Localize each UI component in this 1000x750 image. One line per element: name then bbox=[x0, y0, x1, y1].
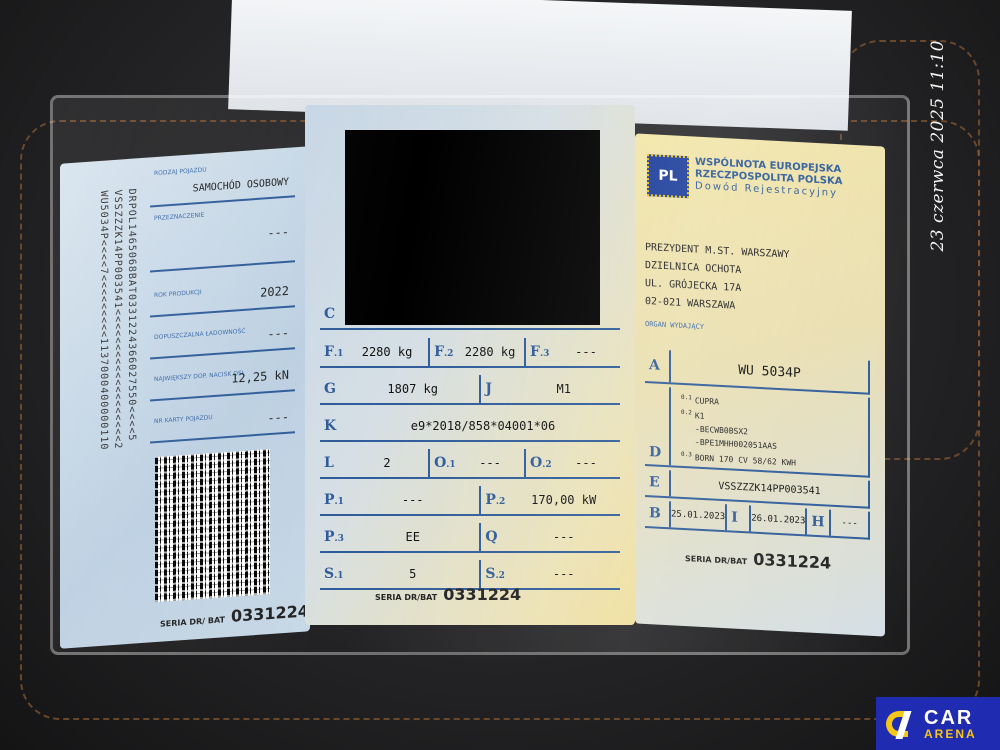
qr-code bbox=[155, 449, 270, 602]
mrz-zone: DRPOL1465068BAT0331224366027550<<<<5 VSS… bbox=[78, 188, 138, 592]
field-row: Ke9*2018/858*04001*06 bbox=[320, 412, 620, 442]
photo-timestamp: 23 czerwca 2025 11:10 bbox=[928, 40, 948, 251]
field-code: P.2 bbox=[481, 492, 507, 508]
field-value: M1 bbox=[507, 382, 620, 396]
serial-number: SERIA DR/BAT0331224 bbox=[375, 585, 521, 604]
middle-page: C F.12280 kgF.22280 kgF.3---G1807 kgJM1K… bbox=[305, 105, 635, 625]
field-code: P.3 bbox=[320, 529, 346, 545]
field-code: J bbox=[481, 381, 507, 397]
field-value: 170,00 kW bbox=[507, 493, 620, 507]
car-arena-logo-icon bbox=[886, 709, 916, 739]
field-cell: F.3--- bbox=[524, 338, 620, 366]
left-page: DRPOL1465068BAT0331224366027550<<<<5 VSS… bbox=[60, 146, 310, 648]
field-row: P.1---P.2170,00 kW bbox=[320, 486, 620, 516]
field-cell: S.2--- bbox=[479, 560, 620, 588]
field-value: --- bbox=[507, 567, 620, 581]
field-value: 5 bbox=[346, 567, 479, 581]
field-row: F.12280 kgF.22280 kgF.3--- bbox=[320, 338, 620, 368]
field-cell: P.2170,00 kW bbox=[479, 486, 620, 514]
field-cell: O.1--- bbox=[428, 449, 524, 477]
field-code: O.1 bbox=[430, 455, 456, 471]
field-code: S.2 bbox=[481, 566, 507, 582]
field-cell: Q--- bbox=[479, 523, 620, 551]
field-cell: P.3EE bbox=[320, 523, 479, 551]
field-value: --- bbox=[456, 456, 524, 470]
document-header: WSPÓLNOTA EUROPEJSKA RZECZPOSPOLITA POLS… bbox=[695, 157, 843, 201]
field-code: F.3 bbox=[526, 344, 552, 360]
field-code: G bbox=[320, 381, 346, 397]
field-vehicle-type: RODZAJ POJAZDU SAMOCHÓD OSOBOWY bbox=[150, 157, 295, 207]
field-code: F.2 bbox=[430, 344, 456, 360]
car-arena-logo: CAR ARENA bbox=[876, 697, 1000, 750]
field-cell: Ke9*2018/858*04001*06 bbox=[320, 412, 620, 440]
serial-number: SERIA DR/BAT0331224 bbox=[685, 546, 831, 573]
field-value: 2280 kg bbox=[346, 345, 428, 359]
mrz-line: WU5034P<<<<7<<<<<<<<<1137000400000110 bbox=[96, 190, 110, 591]
right-page: PL WSPÓLNOTA EUROPEJSKA RZECZPOSPOLITA P… bbox=[635, 133, 885, 636]
field-value: EE bbox=[346, 530, 479, 544]
field-code: S.1 bbox=[320, 566, 346, 582]
field-code: L bbox=[320, 455, 346, 471]
field-d-make-model: D 0.1CUPRA 0.2K1 -BECWB0BSX2 -BPE1MHH002… bbox=[645, 386, 870, 478]
field-cell: S.15 bbox=[320, 560, 479, 588]
field-value: 1807 kg bbox=[346, 382, 479, 396]
field-cell: F.22280 kg bbox=[428, 338, 524, 366]
mrz-line: VSSZZZK14PP003541<<<<<<<<<<<<<<<<<<<2 bbox=[110, 189, 124, 590]
field-code: P.1 bbox=[320, 492, 346, 508]
field-cell: L2 bbox=[320, 449, 428, 477]
field-purpose: PRZEZNACZENIE --- bbox=[150, 202, 295, 272]
field-value: e9*2018/858*04001*06 bbox=[346, 419, 620, 433]
field-code: O.2 bbox=[526, 455, 552, 471]
field-value: --- bbox=[346, 493, 479, 507]
field-value: --- bbox=[507, 530, 620, 544]
field-row: L2O.1---O.2--- bbox=[320, 449, 620, 479]
registration-document: DRPOL1465068BAT0331224366027550<<<<5 VSS… bbox=[50, 95, 910, 655]
field-value: 2280 kg bbox=[456, 345, 524, 359]
issuing-authority: PREZYDENT M.ST. WARSZAWY DZIELNICA OCHOT… bbox=[645, 239, 870, 345]
field-vehicle-card: NR KARTY POJAZDU --- bbox=[150, 393, 295, 443]
field-cell: O.2--- bbox=[524, 449, 620, 477]
field-code: K bbox=[320, 418, 346, 434]
field-cell: G1807 kg bbox=[320, 375, 479, 403]
field-code: Q bbox=[481, 529, 507, 545]
field-value: --- bbox=[552, 456, 620, 470]
field-code: F.1 bbox=[320, 344, 346, 360]
field-cell: JM1 bbox=[479, 375, 620, 403]
field-value: 2 bbox=[346, 456, 428, 470]
field-value: --- bbox=[552, 345, 620, 359]
field-cell: P.1--- bbox=[320, 486, 479, 514]
field-cell: F.12280 kg bbox=[320, 338, 428, 366]
field-row: P.3EEQ--- bbox=[320, 523, 620, 553]
serial-number: SERIA DR/ BAT0331224 bbox=[160, 601, 309, 630]
redaction-box bbox=[345, 130, 600, 325]
field-row: G1807 kgJM1 bbox=[320, 375, 620, 405]
mrz-line: DRPOL1465068BAT0331224366027550<<<<5 bbox=[124, 188, 138, 589]
eu-flag-icon: PL bbox=[647, 154, 689, 198]
